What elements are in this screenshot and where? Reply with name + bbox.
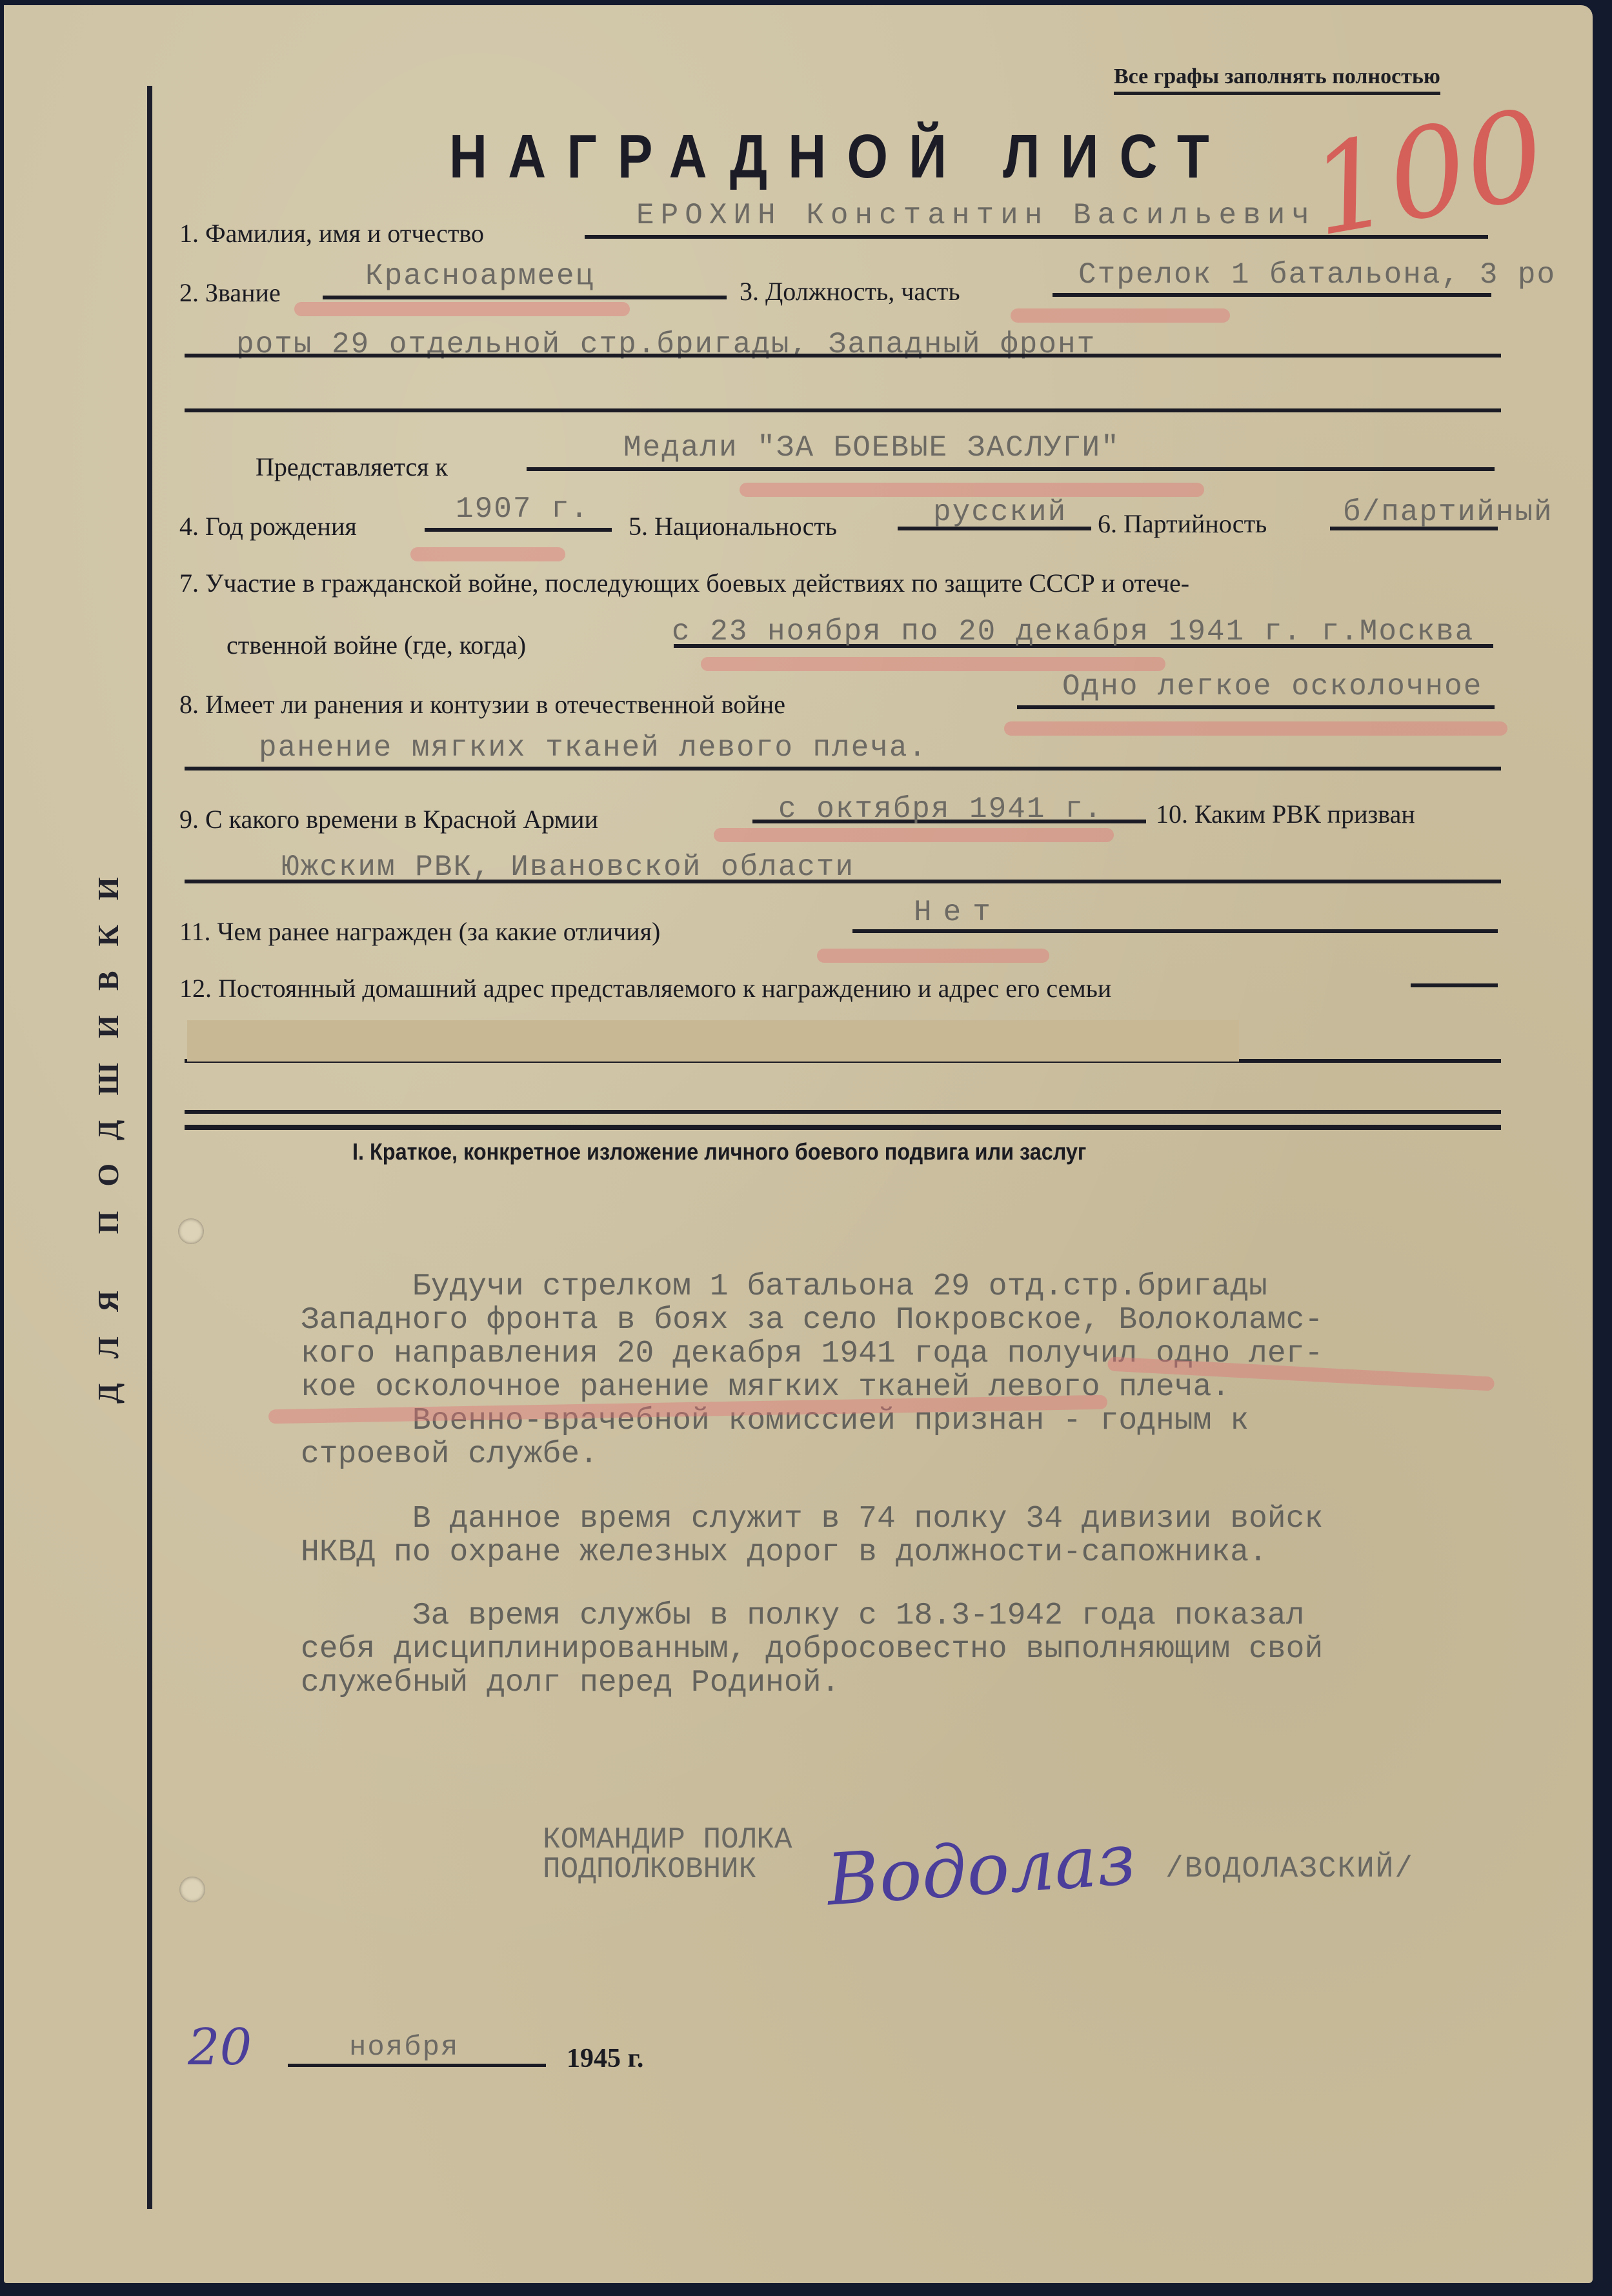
red-underline xyxy=(701,657,1165,671)
field-1-label: 1. Фамилия, имя и отчество xyxy=(179,218,484,248)
field-3-line xyxy=(1053,293,1491,297)
field-4-line xyxy=(425,528,612,532)
field-2-value: Красноармеец xyxy=(365,259,594,293)
field-8-label: 8. Имеет ли ранения и контузии в отечест… xyxy=(179,689,785,720)
field-12-line xyxy=(1411,983,1498,987)
field-6-label: 6. Партийность xyxy=(1098,509,1267,539)
field-10-line xyxy=(185,880,1501,883)
field-3-value: Стрелок 1 батальона, 3 ро xyxy=(1078,258,1556,292)
section-heading: I. Краткое, конкретное изложение личного… xyxy=(352,1138,1086,1165)
field-3-line-3 xyxy=(185,408,1501,412)
red-underline xyxy=(294,302,630,316)
award-value: Медали "ЗА БОЕВЫЕ ЗАСЛУГИ" xyxy=(623,431,1120,465)
handwritten-signature: Водолаз xyxy=(824,1817,1138,1921)
red-underline xyxy=(714,828,1114,842)
field-11-line xyxy=(852,929,1498,933)
field-5-value: русский xyxy=(933,496,1067,529)
field-12-line-3 xyxy=(185,1110,1501,1114)
field-5-label: 5. Национальность xyxy=(629,511,837,541)
commander-name: /ВОДОЛАЗСКИЙ/ xyxy=(1165,1852,1414,1886)
red-underline xyxy=(1004,721,1507,736)
fill-all-note: Все графы заполнять полностью xyxy=(1114,65,1440,95)
field-3-label: 3. Должность, часть xyxy=(740,276,960,307)
red-underline xyxy=(410,547,565,561)
red-underline xyxy=(740,483,1204,497)
award-line xyxy=(527,467,1495,471)
field-4-value: 1907 г. xyxy=(456,492,589,526)
field-8-value-cont: ранение мягких тканей левого плеча. xyxy=(259,731,927,765)
field-9-value: с октября 1941 г. xyxy=(778,792,1103,826)
field-7-label-line1: 7. Участие в гражданской войне, последую… xyxy=(179,568,1189,598)
page-title: НАГРАДНОЙ ЛИСТ xyxy=(449,121,1230,192)
field-7-label-line2: ственной войне (где, когда) xyxy=(227,630,526,660)
field-8-line-2 xyxy=(185,767,1501,770)
field-1-line xyxy=(585,235,1488,239)
field-3-line-2 xyxy=(185,354,1501,357)
field-2-line xyxy=(323,296,727,299)
field-4-label: 4. Год рождения xyxy=(179,511,357,541)
section-divider xyxy=(185,1125,1501,1130)
field-11-value: Нет xyxy=(914,896,1002,929)
commander-title: КОМАНДИР ПОЛКА ПОДПОЛКОВНИК xyxy=(543,1825,792,1884)
red-underline xyxy=(1011,308,1230,323)
spine-label: ДЛЯ ПОДШИВКИ xyxy=(91,805,143,1451)
field-10-label: 10. Каким РВК призван xyxy=(1156,799,1415,829)
field-11-label: 11. Чем ранее награжден (за какие отличи… xyxy=(179,916,660,947)
field-8-value: Одно легкое осколочное xyxy=(1062,670,1482,703)
field-2-label: 2. Звание xyxy=(179,277,281,308)
field-6-value: б/партийный xyxy=(1343,496,1553,529)
field-8-line xyxy=(1017,705,1495,709)
field-1-value: ЕРОХИН Константин Васильевич xyxy=(636,199,1316,232)
date-month: ноября xyxy=(349,2031,459,2064)
award-sheet: ДЛЯ ПОДШИВКИ Все графы заполнять полност… xyxy=(4,5,1593,2283)
merit-paragraph-2: В данное время служит в 74 полку 34 диви… xyxy=(301,1502,1323,1569)
merit-paragraph-3: За время службы в полку с 18.3-1942 года… xyxy=(301,1599,1323,1700)
date-year: 1945 г. xyxy=(567,2043,643,2074)
field-7-value: с 23 ноября по 20 декабря 1941 г. г.Моск… xyxy=(672,615,1474,649)
field-9-label: 9. С какого времени в Красной Армии xyxy=(179,804,598,834)
punch-hole xyxy=(179,1877,205,1902)
date-line xyxy=(288,2064,546,2067)
punch-hole xyxy=(178,1218,204,1244)
binding-margin-rule xyxy=(147,86,152,2209)
field-12-label: 12. Постоянный домашний адрес представля… xyxy=(179,973,1111,1003)
red-underline xyxy=(817,949,1049,963)
date-day: 20 xyxy=(188,2019,252,2077)
award-label: Представляется к xyxy=(256,452,448,482)
redacted-address xyxy=(187,1020,1239,1062)
